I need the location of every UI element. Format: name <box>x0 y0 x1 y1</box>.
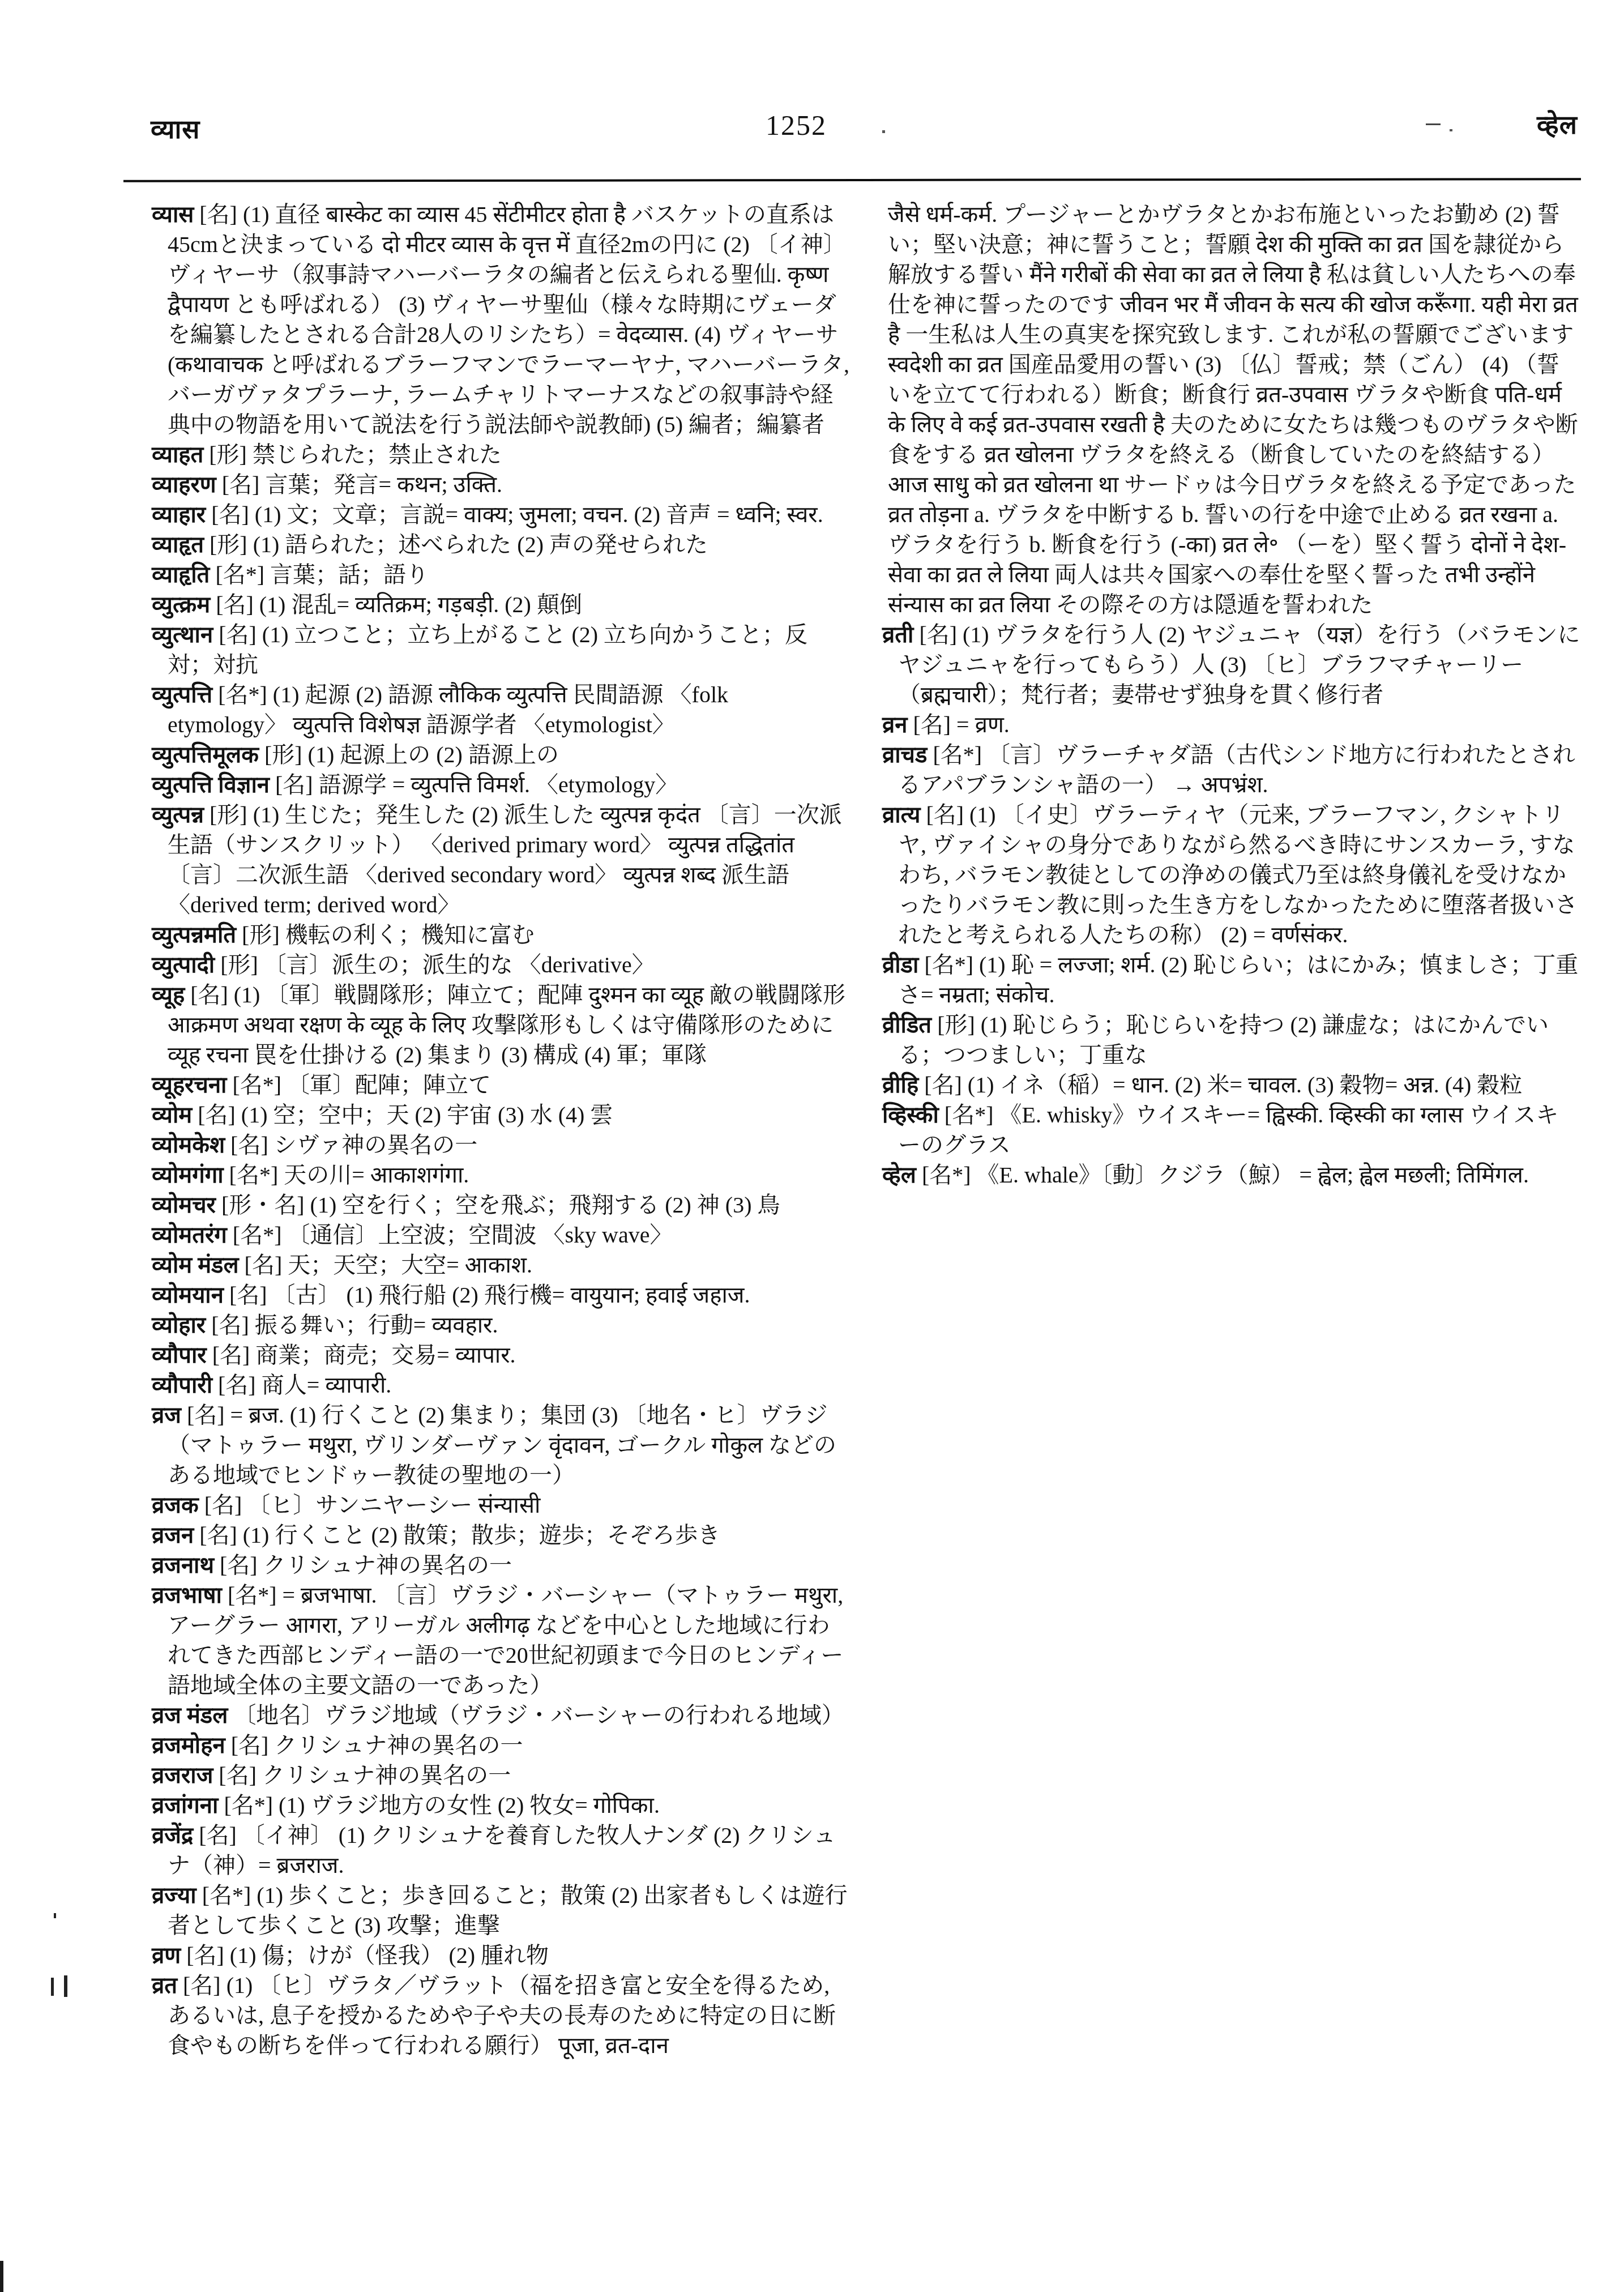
page-number: 1252 <box>766 109 827 142</box>
dictionary-entry: व्योम मंडल [名] 天；天空；大空= आकाश. <box>152 1250 851 1280</box>
dictionary-entry: व्रज [名] = ब्रज. (1) 行くこと (2) 集まり；集団 (3)… <box>152 1400 851 1490</box>
headword: व्युत्पत्ति <box>152 682 212 707</box>
headword: व्रजराज <box>152 1762 213 1788</box>
headword: व्युत्पन्नमति <box>152 922 236 947</box>
dictionary-entry: व्याहार [名] (1) 文；文章；言説= वाक्य; जुमला; व… <box>152 500 851 530</box>
headword: व्रीहि <box>882 1072 918 1098</box>
dictionary-entry: व्रज्या [名*] (1) 歩くこと；歩き回ること；散策 (2) 出家者も… <box>152 1880 851 1940</box>
headword: व्योमकेश <box>152 1132 225 1158</box>
dictionary-entry: व्रजमोहन [名] クリシュナ神の異名の一 <box>152 1730 851 1760</box>
headword: व्यूहरचना <box>152 1072 226 1098</box>
dictionary-entry: व्याहरण [名] 言葉；発言= कथन; उक्ति. <box>152 470 851 500</box>
page-body: व्यास [名] (1) 直径 बास्केट का व्यास 45 सें… <box>152 199 1581 2060</box>
headword: व्युत्पन्न <box>152 802 204 827</box>
dictionary-entry: व्योमतरंग [名*] 〔通信〕上空波；空間波 〈sky wave〉 <box>152 1220 851 1250</box>
dictionary-entry: व्यौपार [名] 商業；商売；交易= व्यापार. <box>152 1340 851 1370</box>
headword: व्रती <box>882 622 913 647</box>
headword: व्युत्पत्ति विज्ञान <box>152 772 270 797</box>
headword: व्रत <box>152 1973 177 1998</box>
dictionary-entry: व्हेल [名*] 《E. whale》〔動〕クジラ（鯨） = ह्वेल; … <box>882 1160 1581 1190</box>
headword: व्रज <box>152 1402 181 1428</box>
headword: व्रजन <box>152 1522 194 1548</box>
headword: व्युत्पादी <box>152 952 215 978</box>
headword: व्योम <box>152 1102 192 1128</box>
dictionary-entry: व्युत्पादी [形] 〔言〕派生の；派生的な 〈derivative〉 <box>152 950 851 980</box>
dictionary-entry: व्रज मंडल 〔地名〕ヴラジ地域（ヴラジ・バーシャーの行われる地域） <box>152 1700 851 1730</box>
headword: व्रजमोहन <box>152 1732 225 1758</box>
dictionary-entry: व्रन [名] = व्रण. <box>882 710 1581 740</box>
headword: व्युत्क्रम <box>152 592 210 617</box>
dictionary-entry: व्याहृति [名*] 言葉；話；語り <box>152 560 851 590</box>
dictionary-entry: व्यूहरचना [名*] 〔軍〕配陣；陣立て <box>152 1070 851 1100</box>
headword: व्रजक <box>152 1492 199 1518</box>
headword: व्युत्थान <box>152 622 213 647</box>
right-column: जैसे धर्म-कर्म. プージャーとかヴラタとかお布施といったお勤め (… <box>882 199 1581 2060</box>
headword: व्हिस्की <box>882 1102 939 1128</box>
headword: व्रजांगना <box>152 1792 218 1818</box>
dictionary-entry: व्रजन [名] (1) 行くこと (2) 散策；散歩；遊歩；そぞろ歩き <box>152 1520 851 1550</box>
headword: व्रज मंडल <box>152 1702 228 1728</box>
dictionary-entry: व्रत [名] (1) 〔ヒ〕ヴラタ／ヴラット（福を招き富と安全を得るため, … <box>152 1970 851 2060</box>
headword: व्योमगंगा <box>152 1162 224 1188</box>
entry-continuation: जैसे धर्म-कर्म. プージャーとかヴラタとかお布施といったお勤め (… <box>882 199 1581 620</box>
headword: व्योम मंडल <box>152 1252 239 1278</box>
dictionary-entry: व्योमचर [形・名] (1) 空を行く；空を飛ぶ；飛翔する (2) 神 (… <box>152 1190 851 1220</box>
dictionary-entry: व्याहृत [形] (1) 語られた；述べられた (2) 声の発せられた <box>152 530 851 560</box>
headword: व्रीडित <box>882 1012 931 1038</box>
dictionary-entry: व्रीहि [名] (1) イネ（稲）= धान. (2) 米= चावल. … <box>882 1070 1581 1100</box>
headword: व्योमचर <box>152 1192 216 1218</box>
headword: व्रजनाथ <box>152 1552 214 1578</box>
headword: व्याहरण <box>152 472 216 497</box>
dictionary-entry: व्रण [名] (1) 傷；けが（怪我） (2) 腫れ物 <box>152 1940 851 1970</box>
dictionary-entry: व्यौपारी [名] 商人= व्यापारी. <box>152 1370 851 1400</box>
dictionary-entry: व्रजनाथ [名] クリシュナ神の異名の一 <box>152 1550 851 1580</box>
headword: व्रण <box>152 1943 181 1968</box>
scan-speck <box>882 130 885 133</box>
dictionary-entry: व्युत्पत्ति विज्ञान [名] 語源学 = व्युत्पत्त… <box>152 770 851 800</box>
dictionary-entry: व्याहत [形] 禁じられた；禁止された <box>152 439 851 470</box>
dictionary-entry: व्युत्पन्नमति [形] 機転の利く；機知に富む <box>152 920 851 950</box>
headword: व्यौपार <box>152 1342 207 1368</box>
headword: व्राचड <box>882 742 927 767</box>
running-head-right-word: व्हेल <box>1537 106 1578 142</box>
scan-speck <box>0 2261 3 2292</box>
dictionary-entry: व्योम [名] (1) 空；空中；天 (2) 宇宙 (3) 水 (4) 雲 <box>152 1100 851 1130</box>
headword: व्रन <box>882 712 907 737</box>
headword: व्रात्य <box>882 802 920 827</box>
dictionary-page: व्यास 1252 व्हेल व्यास [名] (1) 直径 बास्के… <box>0 0 1624 2292</box>
headword: व्योहार <box>152 1312 206 1338</box>
headword: व्योमयान <box>152 1282 224 1308</box>
dictionary-entry: व्रीडा [名*] (1) 恥 = लज्जा; शर्म. (2) 恥じら… <box>882 950 1581 1010</box>
headword: व्याहृत <box>152 532 204 557</box>
headword: व्याहृति <box>152 562 210 587</box>
dictionary-entry: व्युत्थान [名] (1) 立つこと；立ち上がること (2) 立ち向かう… <box>152 620 851 680</box>
headword: व्योमतरंग <box>152 1222 227 1248</box>
headword: व्यौपारी <box>152 1372 212 1398</box>
dictionary-entry: व्यूह [名] (1) 〔軍〕戦闘隊形；陣立て；配陣 दुश्मन का व… <box>152 980 851 1070</box>
dictionary-entry: व्रीडित [形] (1) 恥じらう；恥じらいを持つ (2) 謙虚な；はにか… <box>882 1010 1581 1070</box>
dictionary-entry: व्रजांगना [名*] (1) ヴラジ地方の女性 (2) 牧女= गोपि… <box>152 1790 851 1820</box>
dictionary-entry: व्युत्पत्तिमूलक [形] (1) 起源上の (2) 語源上の <box>152 740 851 770</box>
dictionary-entry: व्रात्य [名] (1) 〔イ史〕ヴラーティヤ（元来, ブラーフマン, ク… <box>882 800 1581 950</box>
headword: व्यूह <box>152 982 185 1008</box>
headword: व्रीडा <box>882 952 918 978</box>
dictionary-entry: व्योमयान [名] 〔古〕 (1) 飛行船 (2) 飛行機= वायुया… <box>152 1280 851 1310</box>
header-rule <box>123 178 1581 182</box>
dictionary-entry: व्युत्पत्ति [名*] (1) 起源 (2) 語源 लौकिक व्य… <box>152 680 851 740</box>
headword: व्याहार <box>152 502 206 527</box>
dictionary-entry: व्योमगंगा [名*] 天の川= आकाशगंगा. <box>152 1160 851 1190</box>
scan-speck <box>1450 129 1452 131</box>
headword: व्युत्पत्तिमूलक <box>152 742 259 767</box>
dictionary-entry: व्रजराज [名] クリシュナ神の異名の一 <box>152 1760 851 1790</box>
headword: व्यास <box>152 202 194 227</box>
left-column: व्यास [名] (1) 直径 बास्केट का व्यास 45 सें… <box>152 199 851 2060</box>
headword: व्रजभाषा <box>152 1582 222 1608</box>
headword: व्रज्या <box>152 1883 196 1908</box>
dictionary-entry: व्युत्क्रम [名] (1) 混乱= व्यतिक्रम; गड़बड़… <box>152 590 851 620</box>
dictionary-entry: व्रजक [名] 〔ヒ〕サンニヤーシー संन्यासी <box>152 1490 851 1520</box>
scan-speck <box>54 1913 56 1918</box>
headword: व्याहत <box>152 442 203 467</box>
margin-mark <box>51 1978 54 1996</box>
dictionary-entry: व्राचड [名*] 〔言〕ヴラーチャダ語（古代シンド地方に行われたとされるア… <box>882 740 1581 800</box>
dictionary-entry: व्योमकेश [名] シヴァ神の異名の一 <box>152 1130 851 1160</box>
scan-speck <box>1426 123 1441 125</box>
headword: व्रजेंद्र <box>152 1822 193 1848</box>
dictionary-entry: व्यास [名] (1) 直径 बास्केट का व्यास 45 सें… <box>152 199 851 439</box>
running-head-left-word: व्यास <box>151 111 200 146</box>
dictionary-entry: व्युत्पन्न [形] (1) 生じた；発生した (2) 派生した व्य… <box>152 800 851 920</box>
dictionary-entry: व्रजभाषा [名*] = ब्रजभाषा. 〔言〕ヴラジ・バーシャー（マ… <box>152 1580 851 1700</box>
dictionary-entry: व्रजेंद्र [名] 〔イ神〕 (1) クリシュナを養育した牧人ナンダ (… <box>152 1820 851 1880</box>
margin-mark <box>64 1975 67 1997</box>
headword: व्हेल <box>882 1162 916 1188</box>
dictionary-entry: व्हिस्की [名*] 《E. whisky》ウイスキー= ह्विस्की… <box>882 1100 1581 1160</box>
dictionary-entry: व्योहार [名] 振る舞い；行動= व्यवहार. <box>152 1310 851 1340</box>
dictionary-entry: व्रती [名] (1) ヴラタを行う人 (2) ヤジュニャ（यज्ञ）を行う… <box>882 620 1581 710</box>
